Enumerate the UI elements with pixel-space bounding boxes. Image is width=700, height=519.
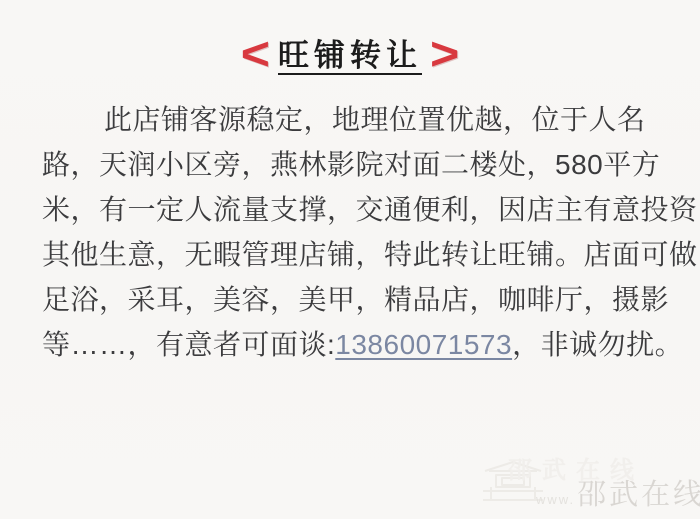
contact-text-after: ，非诚勿扰。 xyxy=(512,329,683,360)
watermark-main: www. 邵武在线 xyxy=(536,472,700,513)
text-line-1: 此店铺客源稳定，地理位置优越，位于人名 xyxy=(42,97,664,142)
pavilion-logo-icon xyxy=(480,458,546,509)
text-line-2: 路，天润小区旁，燕林影院对面二楼处，580平方 xyxy=(42,142,664,187)
contact-text-before: 等……，有意者可面谈: xyxy=(42,329,335,360)
title-row: < 旺铺转让 > xyxy=(0,26,700,82)
watermark-site-name: 邵武在线 xyxy=(577,472,700,513)
watermark-www-prefix: www. xyxy=(536,492,575,507)
watermark: 邵武在线 www. 邵武在线 xyxy=(480,452,695,514)
right-chevron-icon: > xyxy=(430,31,459,77)
page-title: 旺铺转让 xyxy=(278,30,422,79)
phone-link[interactable]: 13860071573 xyxy=(335,329,512,360)
text-line-4: 其他生意，无暇管理店铺，特此转让旺铺。店面可做 xyxy=(42,232,664,277)
text-line-5: 足浴，采耳，美容，美甲，精品店，咖啡厅，摄影 xyxy=(42,277,664,322)
left-chevron-icon: < xyxy=(241,31,270,77)
flyer-page: < 旺铺转让 > 此店铺客源稳定，地理位置优越，位于人名 路，天润小区旁，燕林影… xyxy=(0,0,700,519)
watermark-ghost-text: 邵武在线 xyxy=(508,450,644,485)
text-line-3: 米，有一定人流量支撑，交通便利，因店主有意投资 xyxy=(42,187,664,232)
text-line-contact: 等……，有意者可面谈:13860071573，非诚勿扰。 xyxy=(42,322,664,367)
body-paragraph: 此店铺客源稳定，地理位置优越，位于人名 路，天润小区旁，燕林影院对面二楼处，58… xyxy=(42,97,664,367)
